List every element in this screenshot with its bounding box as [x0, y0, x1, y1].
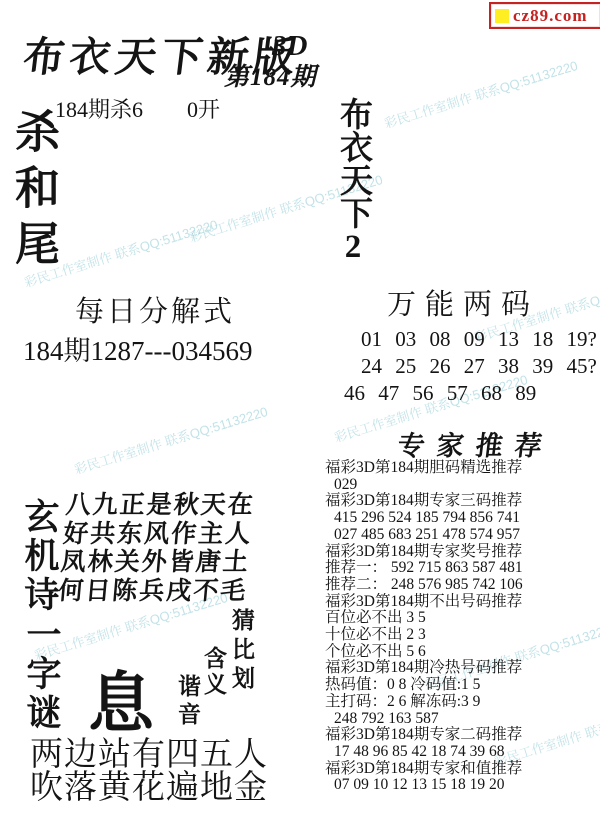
expert-recommendation-line: 福彩3D第184期专家奖号推荐 — [325, 544, 599, 561]
bottom-couplet: 两边站有四五人吹落黄花遍地金 — [30, 739, 268, 805]
kill-number-line: 184期杀6 0开 — [55, 93, 220, 124]
expert-recommendation-line: 福彩3D第184期专家和值推荐 — [325, 761, 599, 778]
expert-recommendation-line: 个位必不出 5 6 — [325, 644, 599, 661]
watermark-text: 彩民工作室制作 联系QQ:51132220 — [382, 55, 580, 132]
expert-recommendation-line: 027 485 683 251 478 574 957 — [325, 527, 599, 544]
mystery-poem-line: 八九正是秋天在 — [64, 492, 256, 521]
daily-decomposition-title: 每日分解式 — [75, 289, 235, 330]
riddle-hint-meaning: 含义 — [202, 646, 225, 698]
couplet-line: 吹落黄花遍地金 — [30, 772, 268, 805]
two-codes-row: 01 03 08 09 13 18 19? — [344, 326, 597, 353]
expert-recommendation-line: 热码值：0 8 冷码值:1 5 — [325, 677, 599, 694]
watermark-text: 彩民工作室制作 联系QQ:51132220 — [72, 401, 270, 478]
expert-recommendation-line: 17 48 96 85 42 18 74 39 68 — [325, 744, 599, 761]
brand-url: cz89.com — [513, 6, 588, 26]
mystery-poem-line: 好共东风作主人 — [62, 521, 254, 550]
expert-recommendation-line: 福彩3D第184期专家二码推荐 — [325, 727, 599, 744]
expert-recommendation-line: 主打码：2 6 解冻码:3 9 — [325, 694, 599, 711]
one-char-riddle-label: 一字谜 — [24, 616, 59, 733]
expert-recommendation-line: 07 09 10 12 13 15 18 19 20 — [325, 777, 599, 794]
riddle-hint-strokes: 猜比划 — [230, 608, 253, 695]
expert-recommendation-line: 十位必不出 2 3 — [325, 627, 599, 644]
expert-recommendation-line: 福彩3D第184期专家三码推荐 — [325, 493, 599, 510]
expert-section-title: 专家推荐 — [396, 424, 557, 463]
expert-recommendation-line: 推荐一： 592 715 863 587 481 — [325, 560, 599, 577]
two-codes-row: 46 47 56 57 68 89 — [344, 380, 597, 407]
expert-recommendation-line: 福彩3D第184期冷热号码推荐 — [325, 660, 599, 677]
mystery-poem-line: 何日陈兵戌不毛 — [57, 578, 249, 607]
expert-recommendation-line: 248 792 163 587 — [325, 711, 599, 728]
right-banner-buyi-tianxia-2: 布衣天下2 — [336, 97, 369, 265]
expert-recommendation-line: 福彩3D第184期不出号码推荐 — [325, 594, 599, 611]
couplet-line: 两边站有四五人 — [30, 739, 268, 772]
daily-decomposition-formula: 184期1287---034569 — [23, 329, 252, 368]
expert-recommendation-list: 福彩3D第184期胆码精选推荐029福彩3D第184期专家三码推荐415 296… — [325, 460, 599, 794]
left-banner-kill-sum-tail: 杀和尾 — [10, 108, 55, 276]
expert-recommendation-line: 415 296 524 185 794 856 741 — [325, 510, 599, 527]
expert-recommendation-line: 029 — [325, 477, 599, 494]
issue-label: 第184期 — [224, 57, 317, 93]
mystery-poem-line: 凤林关外皆唐土 — [60, 549, 252, 578]
expert-recommendation-line: 百位必不出 3 5 — [325, 610, 599, 627]
riddle-hint-homophone: 谐音 — [176, 674, 199, 730]
two-codes-grid: 01 03 08 09 13 18 19?24 25 26 27 38 39 4… — [344, 326, 597, 407]
two-codes-row: 24 25 26 27 38 39 45? — [344, 353, 597, 380]
expert-recommendation-line: 福彩3D第184期胆码精选推荐 — [325, 460, 599, 477]
two-codes-title: 万能两码 — [387, 282, 539, 323]
brand-link-box[interactable]: cz89.com — [489, 2, 600, 29]
mystery-poem: 八九正是秋天在好共东风作主人凤林关外皆唐土何日陈兵戌不毛 — [57, 492, 256, 606]
mystery-poem-label: 玄机诗 — [22, 498, 57, 615]
brand-square-icon — [495, 9, 509, 23]
expert-recommendation-line: 推荐二： 248 576 985 742 106 — [325, 577, 599, 594]
riddle-answer-character: 息 — [88, 650, 154, 745]
